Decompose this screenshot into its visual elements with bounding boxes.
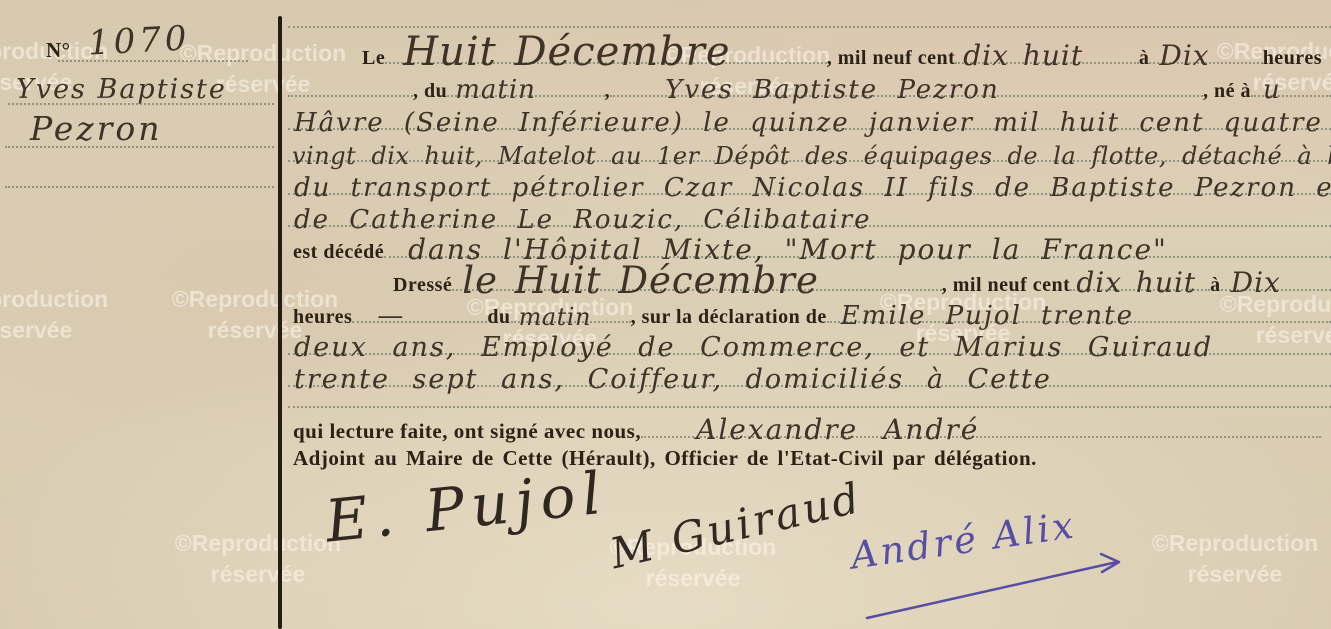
entry-segment: le Huit Décembre xyxy=(452,262,941,291)
watermark: ©Reproductionréservée xyxy=(1140,528,1330,590)
margin-separator-rule xyxy=(278,16,282,629)
signature-flourish-arrow xyxy=(855,540,1155,625)
signature-guiraud: M Guiraud xyxy=(607,477,866,576)
watermark: ©Reproductionréservée xyxy=(0,284,120,346)
death-certificate-scan: ©Reproductionréservée ©Reproductionréser… xyxy=(0,0,1331,629)
entry-segment: Dix xyxy=(1149,42,1262,64)
watermark-line1: ©Reproduction xyxy=(1140,528,1330,559)
margin-dotted-rule xyxy=(5,186,274,188)
act-number-label: N° xyxy=(46,40,71,61)
margin-dotted-rule xyxy=(5,146,274,148)
watermark-line1: ©Reproduction xyxy=(163,528,353,559)
watermark: ©Reproductionréservée xyxy=(163,528,353,590)
entry-segment: u xyxy=(1251,77,1331,97)
entry-segment: Huit Décembre xyxy=(385,32,826,64)
act-number-value: 1070 xyxy=(87,21,191,60)
entry-segment: dix huit xyxy=(955,42,1139,64)
entry-segment: matin xyxy=(447,77,604,97)
printed-signature-clause: qui lecture faite, ont signé avec nous, xyxy=(293,421,641,442)
margin-dotted-rule xyxy=(8,103,274,105)
entry-segment: Alexandre André xyxy=(641,416,1321,438)
watermark-line1: ©Reproduction xyxy=(0,284,120,315)
handwritten-officials: Alexandre André xyxy=(696,416,979,444)
deceased-name-line1: Yves Baptiste xyxy=(16,76,227,103)
signature-pujol: E. Pujol xyxy=(323,463,611,550)
act-line-13: qui lecture faite, ont signé avec nous, … xyxy=(293,403,1321,445)
watermark-line2: réservée xyxy=(0,315,120,346)
margin-dotted-rule xyxy=(58,60,248,62)
watermark-line2: réservée xyxy=(163,559,353,590)
watermark-line2: réservée xyxy=(1140,559,1330,590)
printed-officer-title: Adjoint au Maire de Cette (Hérault), Off… xyxy=(293,448,1037,469)
deceased-name-line2: Pezron xyxy=(30,112,163,145)
entry-segment: Yves Baptiste Pezron xyxy=(610,77,1203,97)
